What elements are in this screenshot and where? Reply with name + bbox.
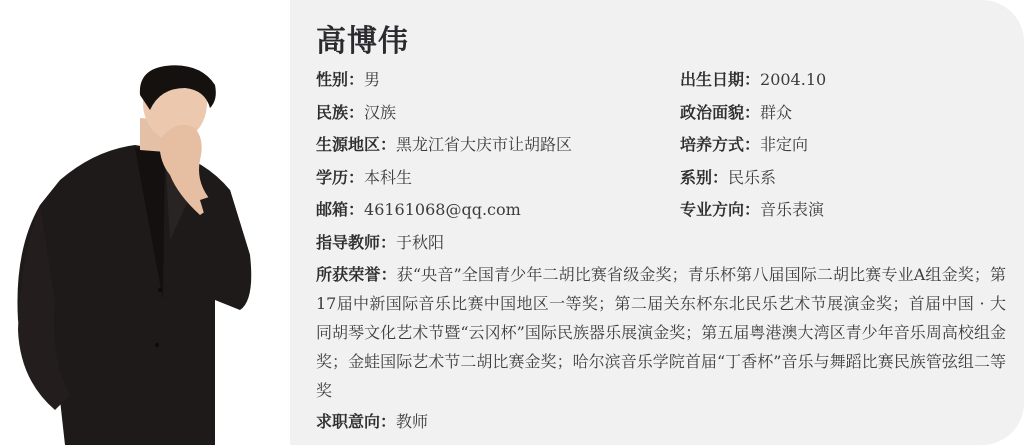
field-department: 系别：民乐系 bbox=[680, 162, 1010, 195]
field-gender: 性别：男 bbox=[316, 64, 680, 97]
field-label: 系别： bbox=[680, 168, 728, 187]
field-label: 指导教师： bbox=[316, 233, 396, 252]
field-label: 民族： bbox=[316, 103, 364, 122]
field-label: 专业方向： bbox=[680, 200, 760, 219]
field-advisor: 指导教师：于秋阳 bbox=[316, 227, 1010, 260]
email-value[interactable]: 46161068@qq.com bbox=[364, 200, 521, 219]
field-value: 教师 bbox=[396, 412, 428, 431]
field-label: 求职意向： bbox=[316, 412, 396, 431]
profile-page: 高博伟 性别：男 出生日期：2004.10 民族：汉族 政治面貌：群众 生源地区… bbox=[0, 0, 1024, 445]
person-portrait-illustration bbox=[0, 0, 290, 445]
info-grid: 性别：男 出生日期：2004.10 民族：汉族 政治面貌：群众 生源地区：黑龙江… bbox=[316, 64, 996, 259]
field-label: 性别： bbox=[316, 70, 364, 89]
field-label: 政治面貌： bbox=[680, 103, 760, 122]
field-value: 群众 bbox=[760, 103, 792, 122]
field-birth-date: 出生日期：2004.10 bbox=[680, 64, 1010, 97]
field-ethnicity: 民族：汉族 bbox=[316, 97, 680, 130]
field-major: 专业方向：音乐表演 bbox=[680, 194, 1010, 227]
honors-text: 获“央音”全国青少年二胡比赛省级金奖；青乐杯第八届国际二胡比赛专业A组金奖；第1… bbox=[316, 265, 1006, 400]
field-value: 汉族 bbox=[364, 103, 396, 122]
field-training-mode: 培养方式：非定向 bbox=[680, 129, 1010, 162]
field-value: 民乐系 bbox=[728, 168, 776, 187]
field-label: 生源地区： bbox=[316, 135, 396, 154]
field-value: 2004.10 bbox=[760, 70, 826, 89]
field-value: 黑龙江省大庆市让胡路区 bbox=[396, 135, 572, 154]
field-value: 音乐表演 bbox=[760, 200, 824, 219]
field-political-status: 政治面貌：群众 bbox=[680, 97, 1010, 130]
info-card: 高博伟 性别：男 出生日期：2004.10 民族：汉族 政治面貌：群众 生源地区… bbox=[290, 0, 1024, 445]
field-label: 学历： bbox=[316, 168, 364, 187]
field-education: 学历：本科生 bbox=[316, 162, 680, 195]
field-honors: 所获荣誉：获“央音”全国青少年二胡比赛省级金奖；青乐杯第八届国际二胡比赛专业A组… bbox=[316, 260, 1006, 405]
field-label: 培养方式： bbox=[680, 135, 760, 154]
field-value: 非定向 bbox=[760, 135, 808, 154]
field-value: 男 bbox=[364, 70, 380, 89]
portrait-photo bbox=[0, 0, 290, 445]
field-value: 于秋阳 bbox=[396, 233, 444, 252]
field-job-intent: 求职意向：教师 bbox=[316, 406, 996, 438]
field-value: 本科生 bbox=[364, 168, 412, 187]
field-label: 邮箱： bbox=[316, 200, 364, 219]
field-email: 邮箱：46161068@qq.com bbox=[316, 194, 680, 227]
field-origin-region: 生源地区：黑龙江省大庆市让胡路区 bbox=[316, 129, 680, 162]
student-name: 高博伟 bbox=[316, 22, 996, 62]
field-label: 所获荣誉： bbox=[316, 265, 397, 284]
field-label: 出生日期： bbox=[680, 70, 760, 89]
